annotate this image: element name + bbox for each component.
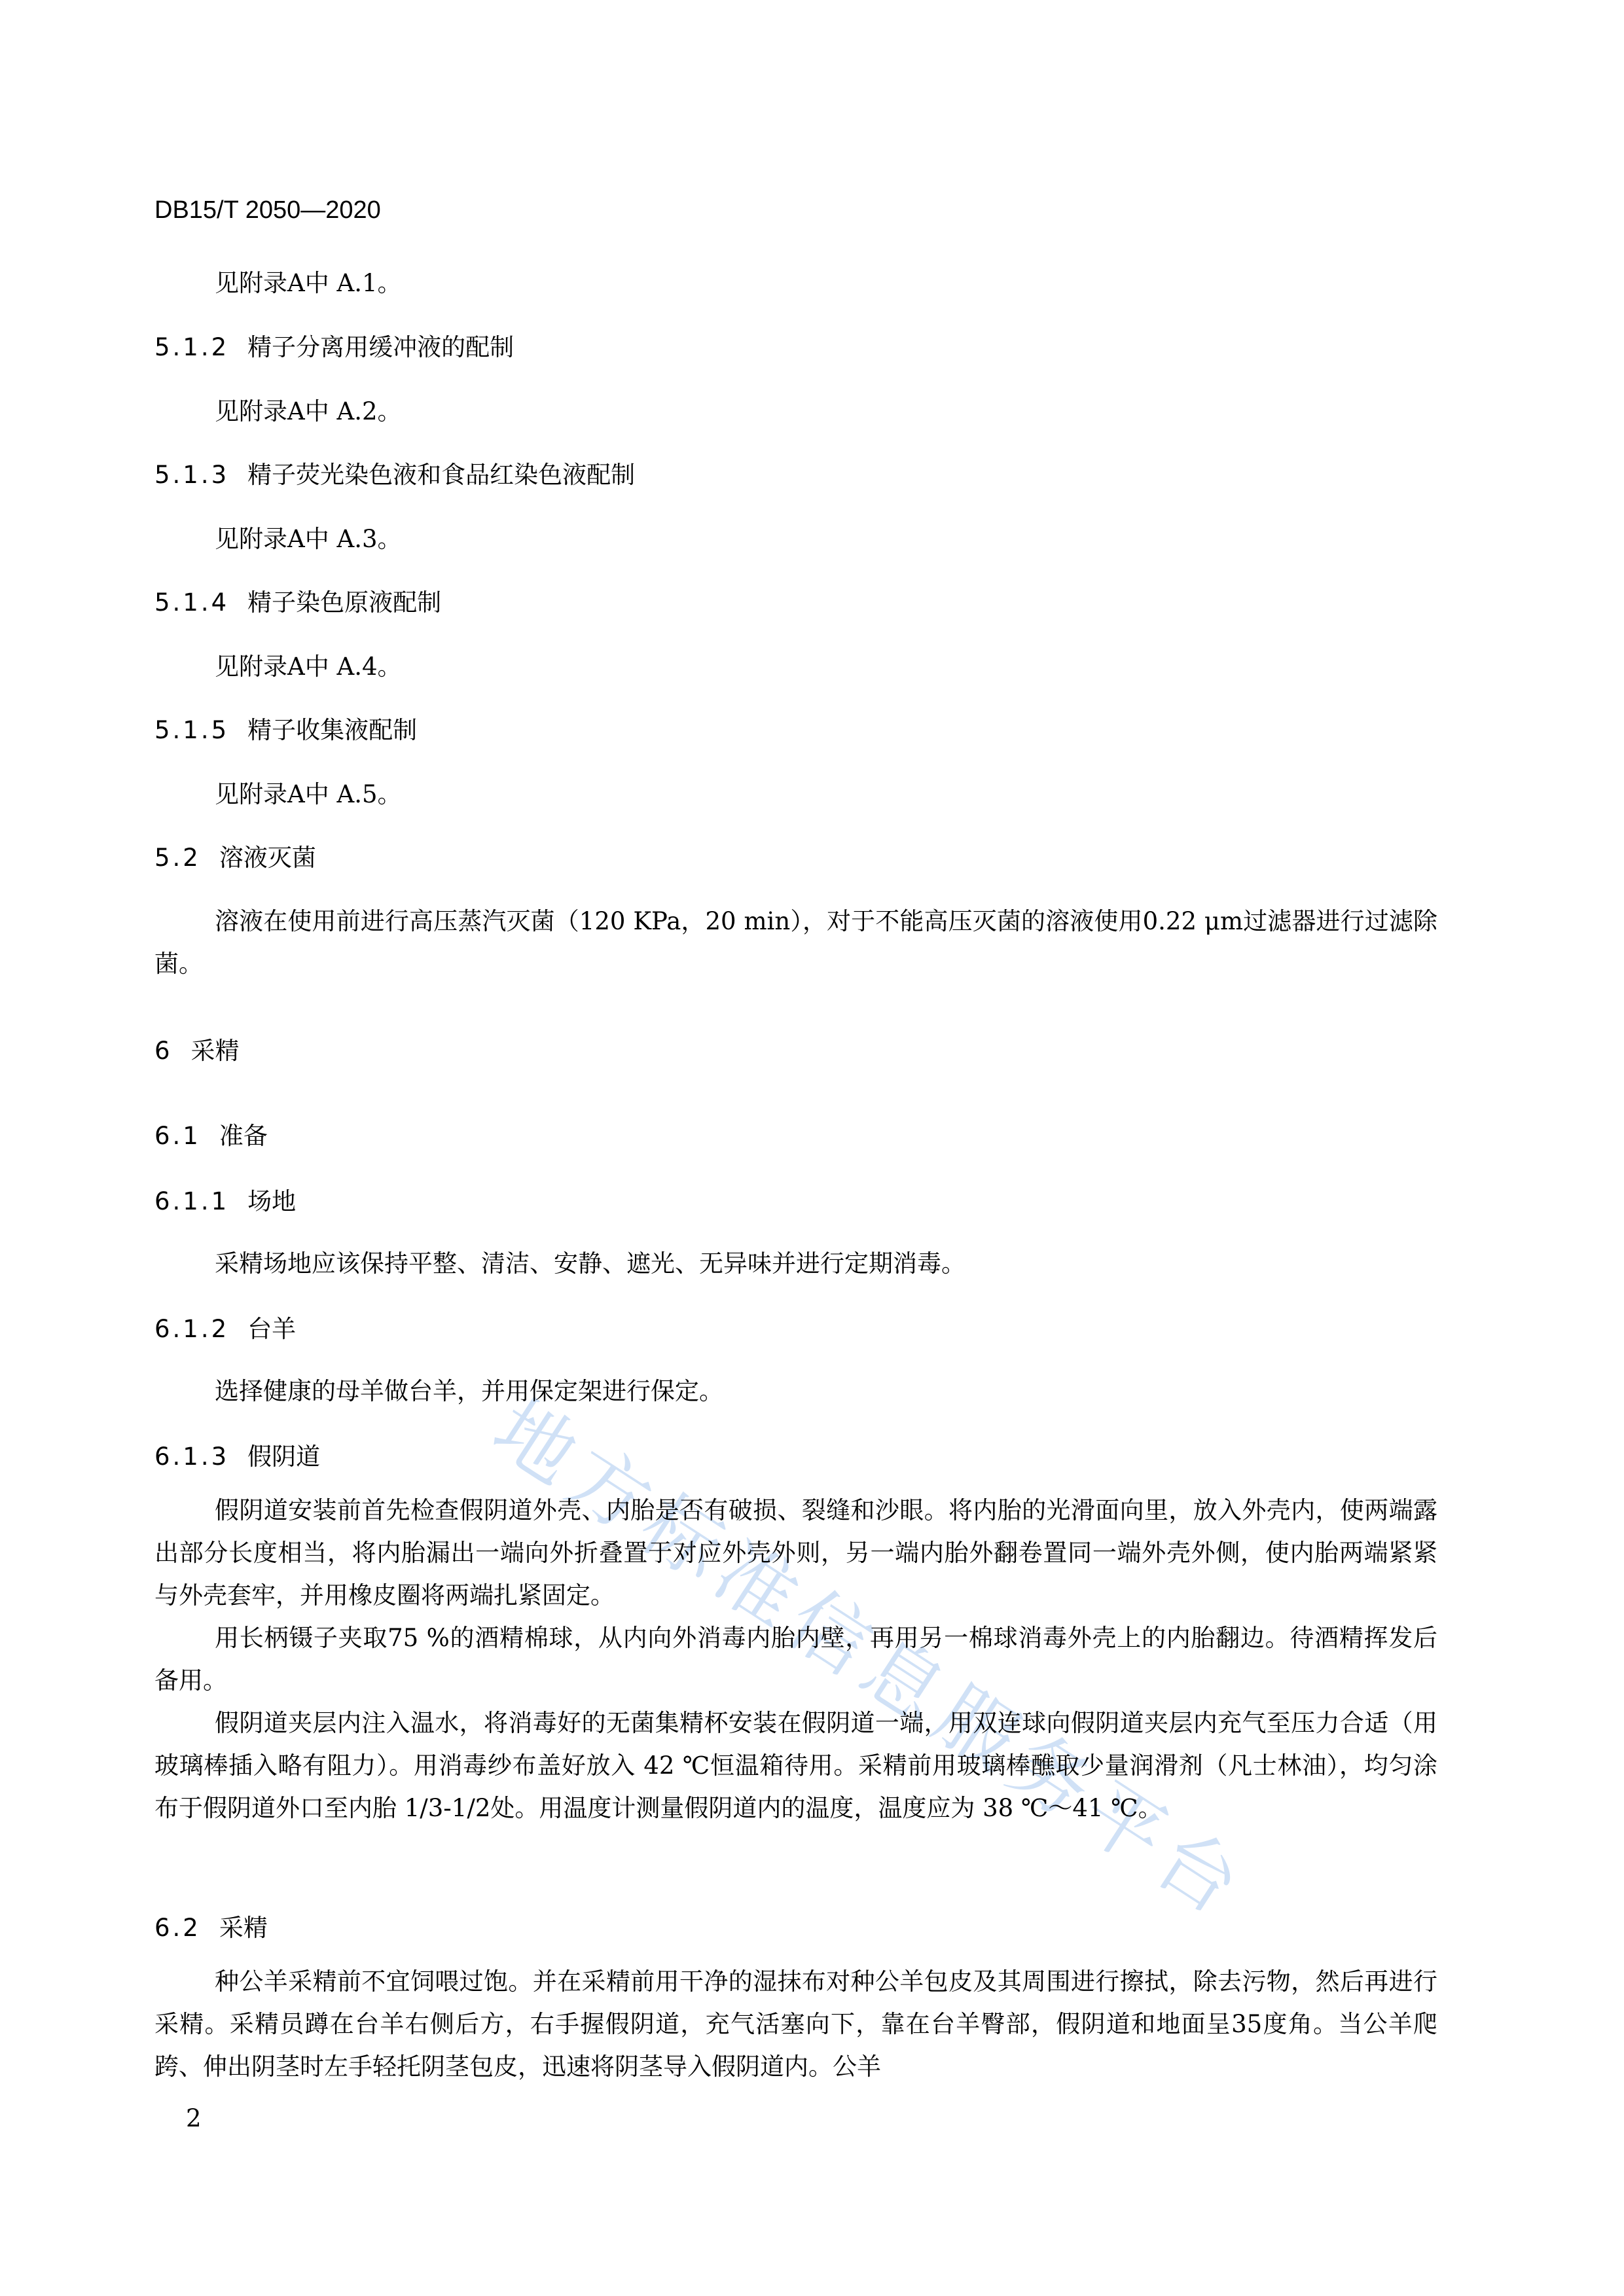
heading-6: 6采精 bbox=[154, 1031, 240, 1066]
section-6-1-2-body: 选择健康的母羊做台羊，并用保定架进行保定。 bbox=[215, 1371, 723, 1407]
heading-title: 精子分离用缓冲液的配制 bbox=[247, 333, 514, 361]
heading-title: 精子荧光染色液和食品红染色液配制 bbox=[247, 461, 635, 489]
section-5-1-1-body: 见附录A中 A.1。 bbox=[215, 263, 402, 298]
heading-6-1-2: 6.1.2台羊 bbox=[154, 1309, 296, 1344]
heading-number: 5.2 bbox=[154, 844, 201, 872]
heading-5-1-3: 5.1.3精子荧光染色液和食品红染色液配制 bbox=[154, 455, 635, 490]
heading-5-1-5: 5.1.5精子收集液配制 bbox=[154, 710, 417, 745]
heading-number: 6.2 bbox=[154, 1914, 201, 1942]
heading-title: 采精 bbox=[191, 1037, 240, 1065]
heading-number: 5.1.3 bbox=[154, 461, 229, 489]
page-number: 2 bbox=[186, 2104, 202, 2132]
heading-title: 溶液灭菌 bbox=[219, 844, 316, 872]
heading-number: 6.1.3 bbox=[154, 1443, 229, 1471]
section-5-1-5-body: 见附录A中 A.5。 bbox=[215, 774, 402, 810]
heading-number: 6.1.2 bbox=[154, 1315, 229, 1343]
heading-title: 台羊 bbox=[247, 1315, 296, 1343]
heading-6-1-3: 6.1.3假阴道 bbox=[154, 1437, 320, 1472]
heading-number: 6 bbox=[154, 1037, 173, 1065]
heading-number: 6.1.1 bbox=[154, 1187, 229, 1215]
heading-6-1-1: 6.1.1场地 bbox=[154, 1181, 296, 1217]
section-6-1-3-para-1: 假阴道安装前首先检查假阴道外壳、内胎是否有破损、裂缝和沙眼。将内胎的光滑面向里，… bbox=[154, 1489, 1437, 1617]
heading-number: 6.1 bbox=[154, 1122, 201, 1150]
standard-code-header: DB15/T 2050—2020 bbox=[154, 196, 381, 224]
heading-6-2: 6.2采精 bbox=[154, 1908, 268, 1943]
section-5-1-4-body: 见附录A中 A.4。 bbox=[215, 647, 402, 682]
heading-title: 精子染色原液配制 bbox=[247, 588, 441, 617]
section-5-1-3-body: 见附录A中 A.3。 bbox=[215, 519, 402, 554]
section-6-1-3-para-3: 假阴道夹层内注入温水，将消毒好的无菌集精杯安装在假阴道一端，用双连球向假阴道夹层… bbox=[154, 1702, 1437, 1829]
section-5-1-2-body: 见附录A中 A.2。 bbox=[215, 391, 402, 427]
heading-title: 精子收集液配制 bbox=[247, 716, 417, 744]
section-6-1-3-para-2: 用长柄镊子夹取75 %的酒精棉球，从内向外消毒内胎内壁，再用另一棉球消毒外壳上的… bbox=[154, 1617, 1437, 1702]
heading-5-1-4: 5.1.4精子染色原液配制 bbox=[154, 583, 441, 618]
heading-5-1-2: 5.1.2精子分离用缓冲液的配制 bbox=[154, 327, 514, 363]
heading-title: 场地 bbox=[247, 1187, 296, 1215]
document-page: 地方标准信息服务平台 DB15/T 2050—2020 见附录A中 A.1。 5… bbox=[0, 0, 1624, 2296]
heading-title: 采精 bbox=[219, 1914, 268, 1942]
heading-title: 准备 bbox=[219, 1122, 268, 1150]
heading-title: 假阴道 bbox=[247, 1443, 320, 1471]
heading-number: 5.1.2 bbox=[154, 333, 229, 361]
heading-number: 5.1.5 bbox=[154, 716, 229, 744]
section-6-2-body: 种公羊采精前不宜饲喂过饱。并在采精前用干净的湿抹布对种公羊包皮及其周围进行擦拭，… bbox=[154, 1960, 1437, 2088]
section-5-2-body: 溶液在使用前进行高压蒸汽灭菌（120 KPa，20 min），对于不能高压灭菌的… bbox=[154, 900, 1437, 985]
section-6-1-1-body: 采精场地应该保持平整、清洁、安静、遮光、无异味并进行定期消毒。 bbox=[215, 1244, 965, 1279]
heading-6-1: 6.1准备 bbox=[154, 1116, 268, 1151]
heading-number: 5.1.4 bbox=[154, 588, 229, 617]
heading-5-2: 5.2溶液灭菌 bbox=[154, 838, 316, 873]
